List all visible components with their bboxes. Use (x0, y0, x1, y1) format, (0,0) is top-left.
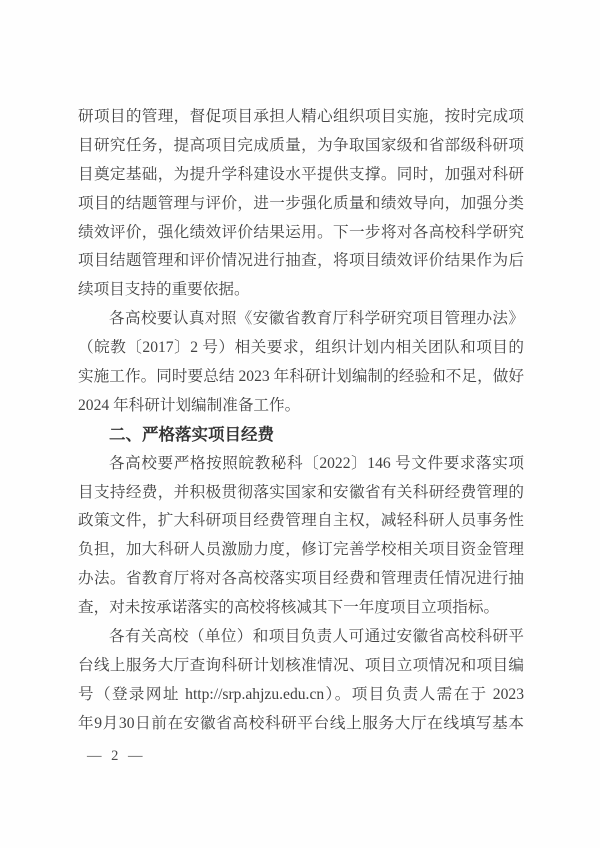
doc-line-13: 各高校要严格按照皖教秘科〔2022〕146 号文件要求落实项 (78, 450, 524, 479)
doc-line-14: 目支持经费，并积极贯彻落实国家和安徽省有关科研经费管理的 (78, 479, 524, 508)
doc-line-2: 目研究任务，提高项目完成质量，为争取国家级和省部级科研项 (78, 132, 524, 161)
doc-line-3: 目奠定基础，为提升学科建设水平提供支撑。同时，加强对科研 (78, 161, 524, 190)
doc-line-16: 负担，加大科研人员激励力度，修订完善学校相关项目资金管理 (78, 536, 524, 565)
doc-line-5: 绩效评价，强化绩效评价结果运用。下一步将对各高校科学研究 (78, 219, 524, 248)
doc-line-8: 各高校要认真对照《安徽省教育厅科学研究项目管理办法》 (78, 305, 524, 334)
doc-line-4: 项目的结题管理与评价，进一步强化质量和绩效导向，加强分类 (78, 190, 524, 219)
section-heading: 二、严格落实项目经费 (78, 421, 524, 450)
document-body: 研项目的管理，督促项目承担人精心组织项目实施，按时完成项 目研究任务，提高项目完… (78, 103, 524, 739)
page-number: — 2 — (87, 748, 146, 765)
doc-line-15: 政策文件，扩大科研项目经费管理自主权，减轻科研人员事务性 (78, 507, 524, 536)
doc-line-7: 续项目支持的重要依据。 (78, 276, 524, 305)
doc-line-17: 办法。省教育厅将对各高校落实项目经费和管理责任情况进行抽 (78, 565, 524, 594)
doc-line-11: 2024 年科研计划编制准备工作。 (78, 392, 524, 421)
doc-line-1: 研项目的管理，督促项目承担人精心组织项目实施，按时完成项 (78, 103, 524, 132)
doc-line-20: 台线上服务大厅查询科研计划核准情况、项目立项情况和项目编 (78, 652, 524, 681)
doc-line-9: （皖教〔2017〕2 号）相关要求，组织计划内相关团队和项目的 (78, 334, 524, 363)
doc-line-10: 实施工作。同时要总结 2023 年科研计划编制的经验和不足，做好 (78, 363, 524, 392)
doc-line-18: 查，对未按承诺落实的高校将核减其下一年度项目立项指标。 (78, 594, 524, 623)
doc-line-21: 号（登录网址 http://srp.ahjzu.edu.cn）。项目负责人需在于… (78, 681, 524, 710)
doc-line-6: 项目结题管理和评价情况进行抽查，将项目绩效评价结果作为后 (78, 247, 524, 276)
doc-line-19: 各有关高校（单位）和项目负责人可通过安徽省高校科研平 (78, 623, 524, 652)
scanned-document-page: 研项目的管理，督促项目承担人精心组织项目实施，按时完成项 目研究任务，提高项目完… (0, 0, 600, 848)
doc-line-22: 年9月30日前在安徽省高校科研平台线上服务大厅在线填写基本 (78, 710, 524, 739)
